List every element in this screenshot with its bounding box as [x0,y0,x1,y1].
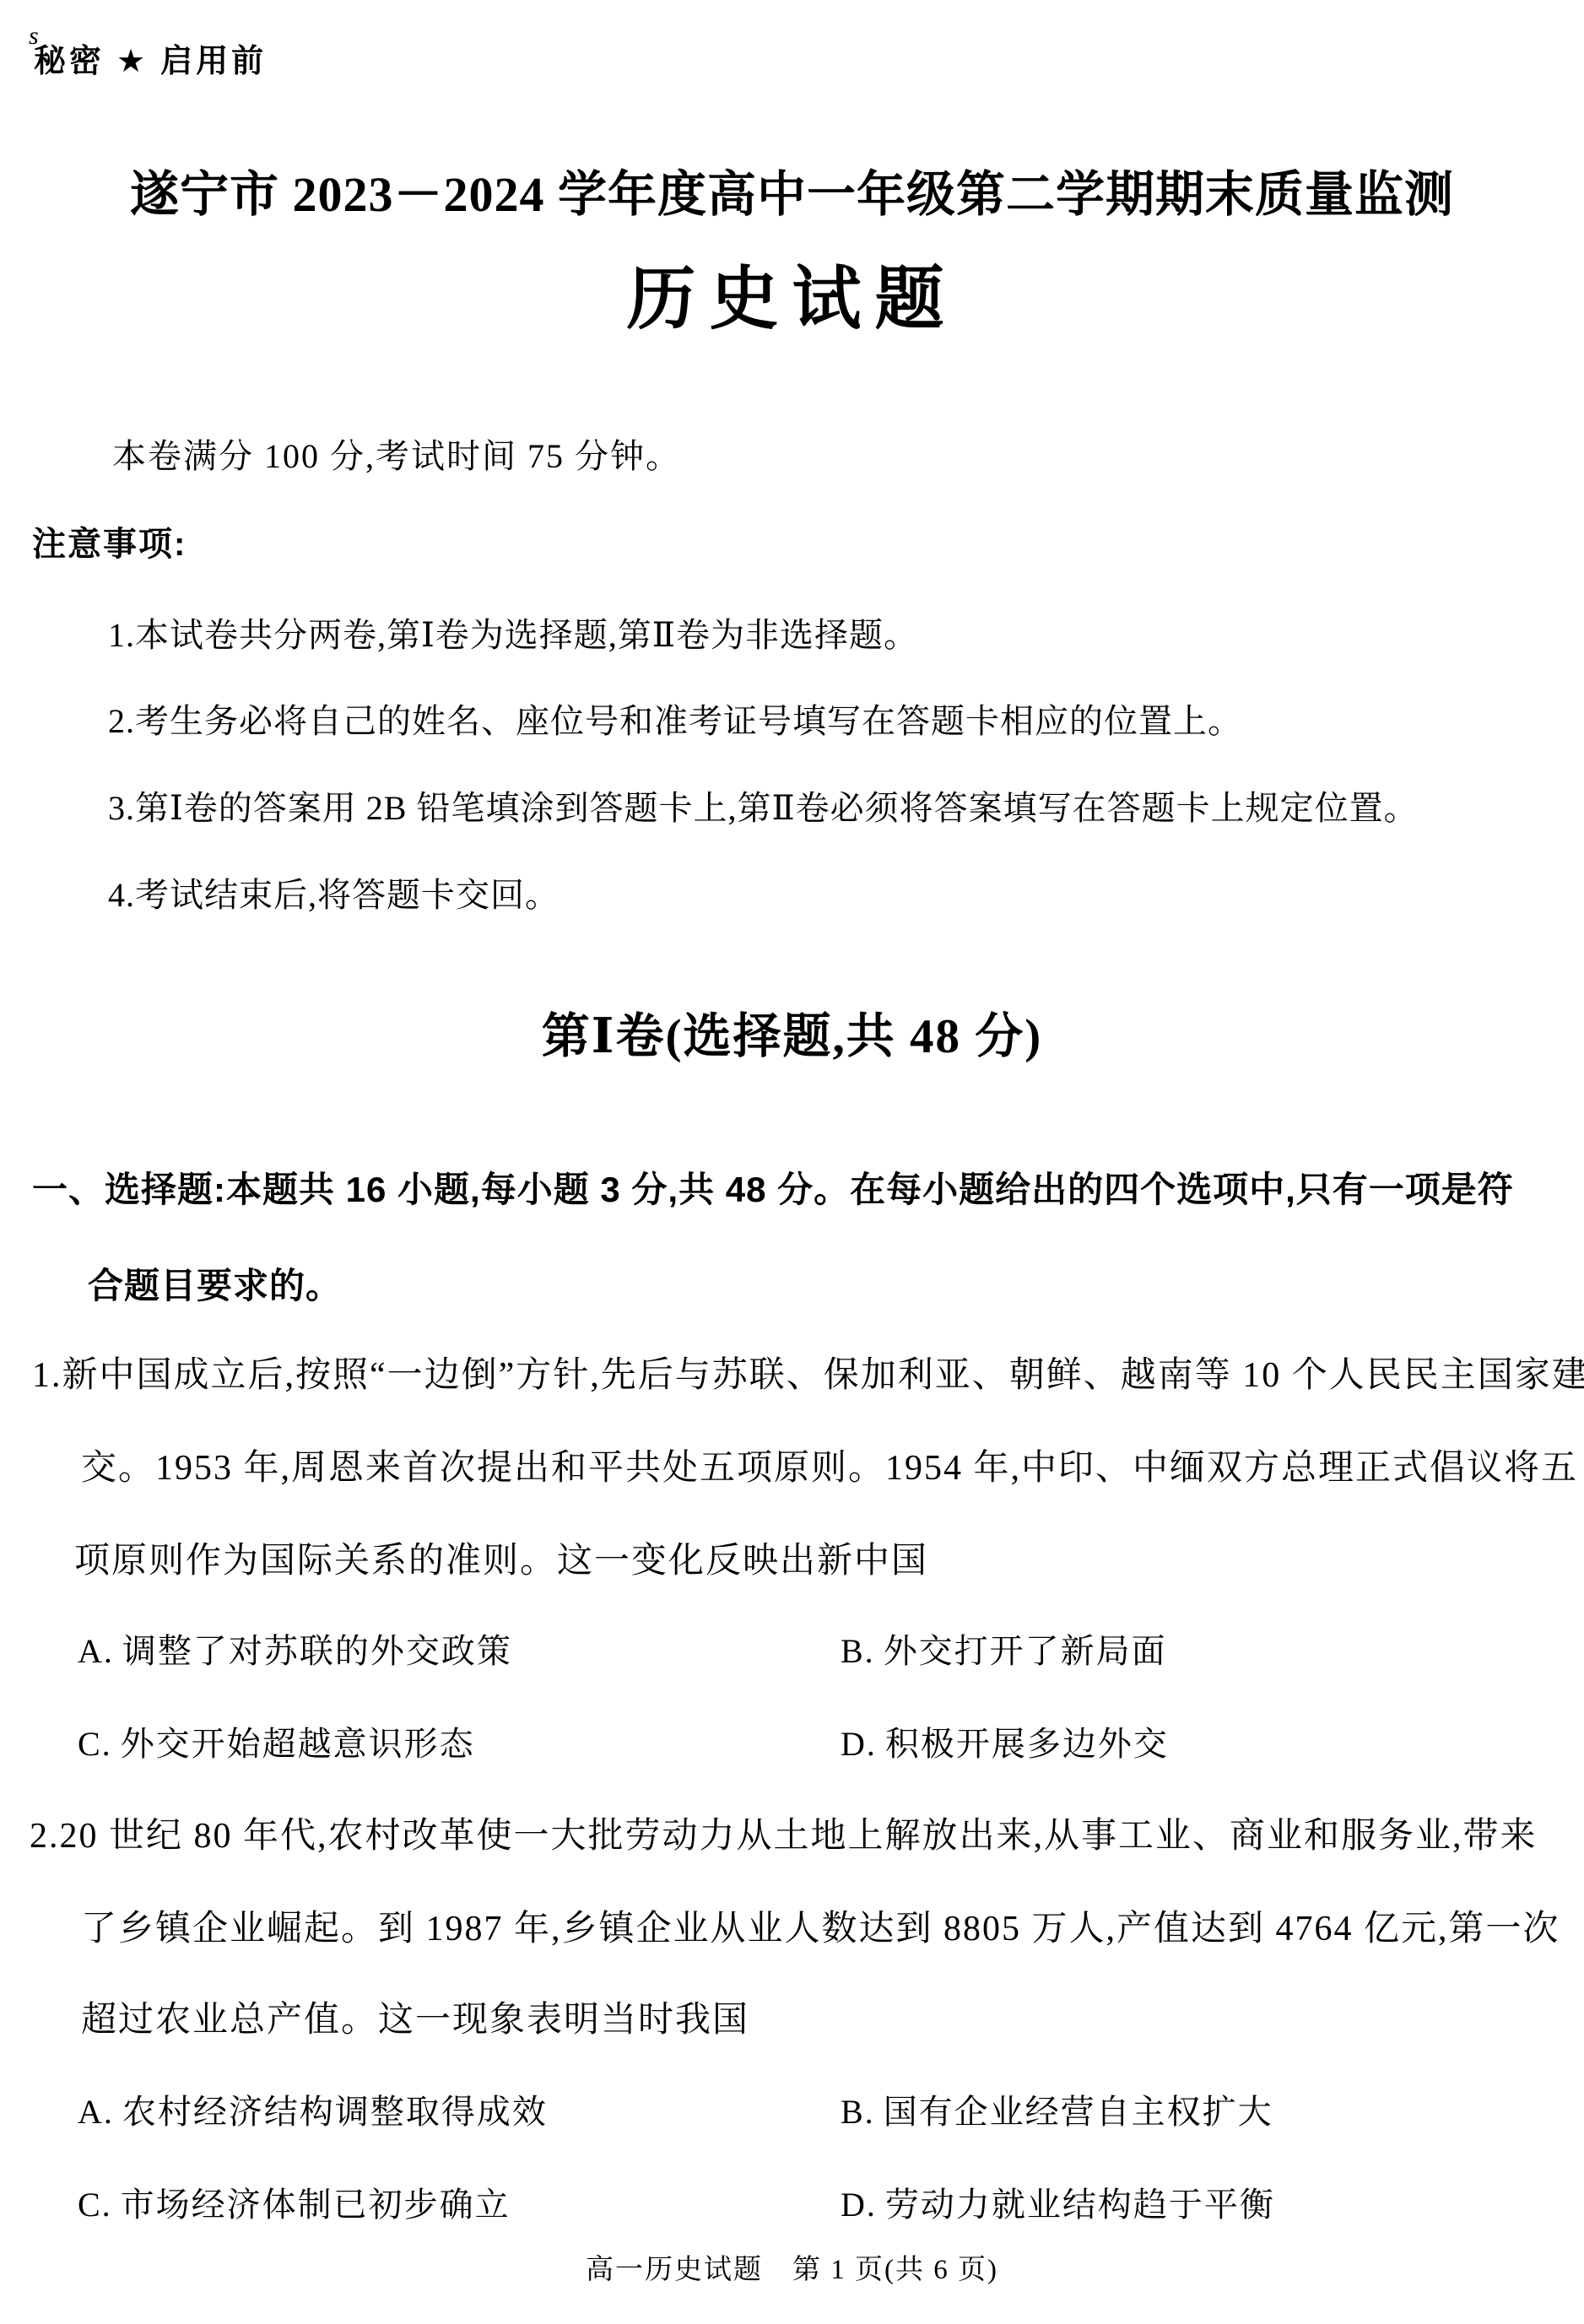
notice-item-3: 3.第Ⅰ卷的答案用 2B 铅笔填涂到答题卡上,第Ⅱ卷必须将答案填写在答题卡上规定… [108,789,1419,828]
question-1-stem-line3: 项原则作为国际关系的准则。这一变化反映出新中国 [74,1541,928,1581]
option-label: D. [841,2186,877,2224]
notice-item-1: 1.本试卷共分两卷,第Ⅰ卷为选择题,第Ⅱ卷为非选择题。 [108,616,918,655]
question-2-stem-line1: 2.20 世纪 80 年代,农村改革使一大批劳动力从土地上解放出来,从事工业、商… [30,1816,1538,1856]
before-use-label: 启用前 [160,44,267,79]
option-text: 调整了对苏联的外交政策 [122,1632,512,1670]
subject-title: 历史试题 [0,260,1584,339]
question-1-option-a: A.调整了对苏联的外交政策 [78,1632,512,1671]
option-text: 市场经济体制已初步确立 [121,2186,511,2224]
notice-item-2: 2.考生务必将自己的姓名、座位号和准考证号填写在答题卡相应的位置上。 [108,702,1242,741]
question-1-option-c: C.外交开始超越意识形态 [78,1725,475,1764]
option-text: 外交打开了新局面 [884,1632,1167,1670]
option-text: 外交开始超越意识形态 [121,1725,475,1763]
security-marking: 秘密★启用前 [34,44,267,81]
option-label: C. [78,2186,112,2224]
question-2-number: 2. [30,1817,60,1856]
option-text: 劳动力就业结构趋于平衡 [885,2186,1275,2224]
question-1-stem-line2: 交。1953 年,周恩来首次提出和平共处五项原则。1954 年,中印、中缅双方总… [81,1448,1578,1489]
question-2-option-b: B.国有企业经营自主权扩大 [841,2093,1273,2132]
question-2-option-c: C.市场经济体制已初步确立 [78,2186,511,2224]
question-1-text: 新中国成立后,按照“一边倒”方针,先后与苏联、保加利亚、朝鲜、越南等 10 个人… [62,1356,1584,1395]
question-2-stem-line2: 了乡镇企业崛起。到 1987 年,乡镇企业从业人数达到 8805 万人,产值达到… [81,1909,1560,1949]
star-icon: ★ [105,44,160,79]
question-1-option-d: D.积极开展多边外交 [841,1725,1169,1764]
option-text: 国有企业经营自主权扩大 [884,2093,1273,2131]
section1-instructions-line1: 一、选择题:本题共 16 小题,每小题 3 分,共 48 分。在每小题给出的四个… [32,1170,1514,1210]
option-label: C. [78,1725,112,1763]
option-label: A. [78,2093,114,2131]
security-level-label: 秘密 [34,44,105,79]
option-text: 农村经济结构调整取得成效 [122,2093,548,2131]
exam-title: 遂宁市 2023－2024 学年度高中一年级第二学期期末质量监测 [0,167,1584,224]
option-text: 积极开展多边外交 [885,1725,1169,1763]
question-2-option-a: A.农村经济结构调整取得成效 [78,2093,548,2132]
question-2-stem-line3: 超过农业总产值。这一现象表明当时我国 [81,2000,749,2040]
section1-heading: 第Ⅰ卷(选择题,共 48 分) [0,1009,1584,1065]
question-2-text: 20 世纪 80 年代,农村改革使一大批劳动力从土地上解放出来,从事工业、商业和… [60,1817,1538,1856]
section1-instructions-line2: 合题目要求的。 [88,1266,342,1306]
page-footer: 高一历史试题 第 1 页(共 6 页) [0,2255,1584,2287]
question-1-number: 1. [32,1356,62,1395]
option-label: B. [841,1632,875,1670]
option-label: D. [841,1725,877,1763]
question-1-option-b: B.外交打开了新局面 [841,1632,1167,1671]
option-label: B. [841,2093,875,2131]
option-label: A. [78,1632,114,1670]
exam-paper-page: s 秘密★启用前 遂宁市 2023－2024 学年度高中一年级第二学期期末质量监… [0,0,1584,2324]
question-2-option-d: D.劳动力就业结构趋于平衡 [841,2186,1275,2224]
notice-heading: 注意事项: [32,525,187,564]
exam-info-line: 本卷满分 100 分,考试时间 75 分钟。 [112,437,681,476]
question-1-stem-line1: 1.新中国成立后,按照“一边倒”方针,先后与苏联、保加利亚、朝鲜、越南等 10 … [32,1355,1584,1396]
notice-item-4: 4.考试结束后,将答题卡交回。 [108,876,560,915]
